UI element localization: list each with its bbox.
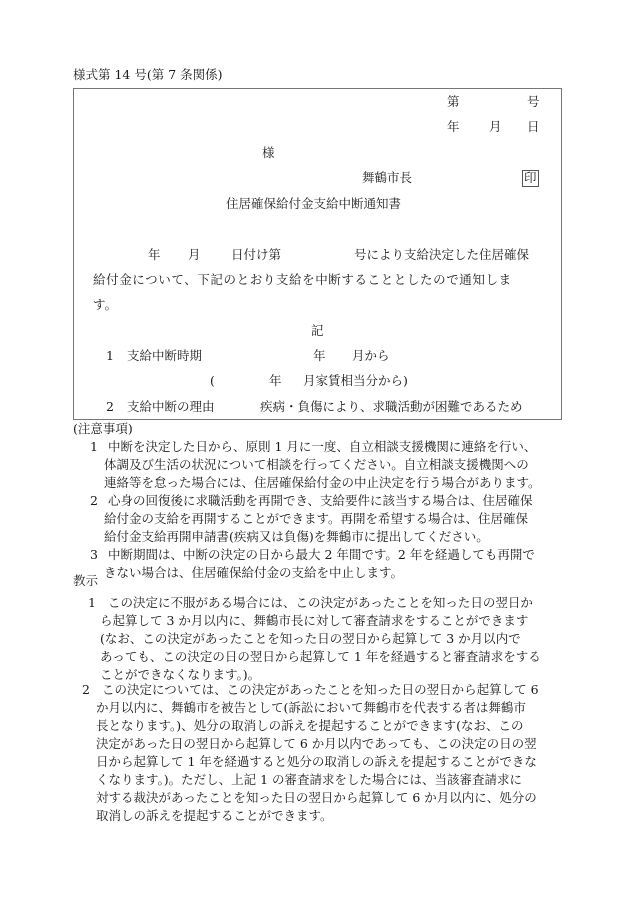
note-line: 中断期間は、中断の決定の日から最大 2 年間です。2 年を経過しても再開で (108, 546, 535, 564)
body-line3: す。 (93, 299, 117, 312)
notes-heading: (注意事項) (73, 423, 133, 436)
number-suffix: 号 (527, 96, 540, 109)
instruction-line: (なお、この決定があったことを知った日の翌日から起算して 3 か月以内で (100, 630, 521, 648)
detail-1-sub-open: ( (210, 375, 215, 388)
detail-1-sub-year: 年 (269, 375, 282, 388)
form-label: 様式第 14 号(第 7 条関係) (73, 69, 223, 82)
note-line: 心身の回復後に求職活動を再開でき、支給要件に該当する場合は、住居確保 (108, 492, 533, 510)
document-title: 住居確保給付金支給中断通知書 (226, 198, 401, 211)
instruction-num: 1 (88, 594, 96, 612)
ki-heading: 記 (311, 325, 324, 338)
instruction-line: この決定に不服がある場合には、この決定があったことを知った日の翌日か (108, 594, 533, 612)
number-prefix: 第 (447, 96, 460, 109)
instruction-line: か月以内に、舞鶴市を被告として(訴訟において舞鶴市を代表する者は舞鶴市 (96, 699, 526, 717)
date-day: 日 (527, 121, 540, 134)
instruction-line: 長となります。)、処分の取消しの訴えを提起することができます(なお、この (96, 717, 524, 735)
addressee-suffix: 様 (262, 147, 275, 160)
body-year: 年 (148, 249, 161, 262)
detail-1-sub-rest: 月家賃相当分から) (303, 375, 408, 388)
note-num: 1 (90, 438, 98, 456)
instruction-line: あっても、この決定の日の翌日から起算して 1 年を経過すると審査請求をする (100, 648, 541, 666)
body-day-ref: 日付け第 (231, 249, 281, 262)
detail-2-num: 2 (106, 401, 114, 414)
note-num: 2 (90, 492, 98, 510)
detail-2-label: 支給中断の理由 (127, 401, 215, 414)
date-month: 月 (489, 121, 502, 134)
note-line: 連絡等を怠った場合には、住居確保給付金の中止決定を行う場合があります。 (104, 474, 541, 492)
note-line: 給付金の支給を再開することができます。再開を希望する場合は、住居確保 (104, 510, 528, 528)
detail-2-value: 疾病・負傷により、求職活動が困難であるため (260, 401, 523, 414)
instruction-line: 取消しの訴えを提起することができます。 (96, 807, 333, 825)
instruction-num: 2 (82, 681, 90, 699)
instruction-line: 対する裁決があったことを知った日の翌日から起算して 6 か月以内に、処分の (96, 789, 537, 807)
detail-1-num: 1 (106, 350, 114, 363)
issuer: 舞鶴市長 (362, 172, 412, 185)
note-line: 体調及び生活の状況について相談を行ってください。自立相談支援機関への (104, 456, 529, 474)
note-line: 中断を決定した日から、原則 1 月に一度、自立相談支援機関に連絡を行い、 (108, 438, 536, 456)
instruction-line: ら起算して 3 か月以内に、舞鶴市長に対して審査請求をすることができます (100, 612, 528, 630)
note-line: きない場合は、住居確保給付金の支給を中止します。 (104, 564, 403, 582)
instruction-line: この決定については、この決定があったことを知った日の翌日から起算して 6 (102, 681, 539, 699)
detail-1-label: 支給中断時期 (127, 350, 202, 363)
instruction-line: くなります。)。ただし、上記 1 の審査請求をした場合には、当該審査請求に (96, 771, 522, 789)
body-line2: 給付金について、下記のとおり支給を中断することとしたので通知しま (93, 274, 512, 287)
note-line: 給付金支給再開申請書(疾病又は負傷)を舞鶴市に提出してください。 (104, 528, 489, 546)
instruction-line: 日から起算して 1 年を経過すると処分の取消しの訴えを提起することができな (96, 753, 537, 771)
body-line1-rest: 号により支給決定した住居確保 (354, 249, 529, 262)
instructions-heading: 教示 (73, 575, 98, 588)
seal-mark: 印 (522, 170, 539, 187)
detail-1-month: 月から (352, 350, 390, 363)
note-num: 3 (90, 546, 98, 564)
instruction-line: 決定があった日の翌日から起算して 6 か月以内であっても、この決定の日の翌 (96, 735, 537, 753)
detail-1-year: 年 (313, 350, 326, 363)
date-year: 年 (447, 121, 460, 134)
body-month: 月 (188, 249, 201, 262)
